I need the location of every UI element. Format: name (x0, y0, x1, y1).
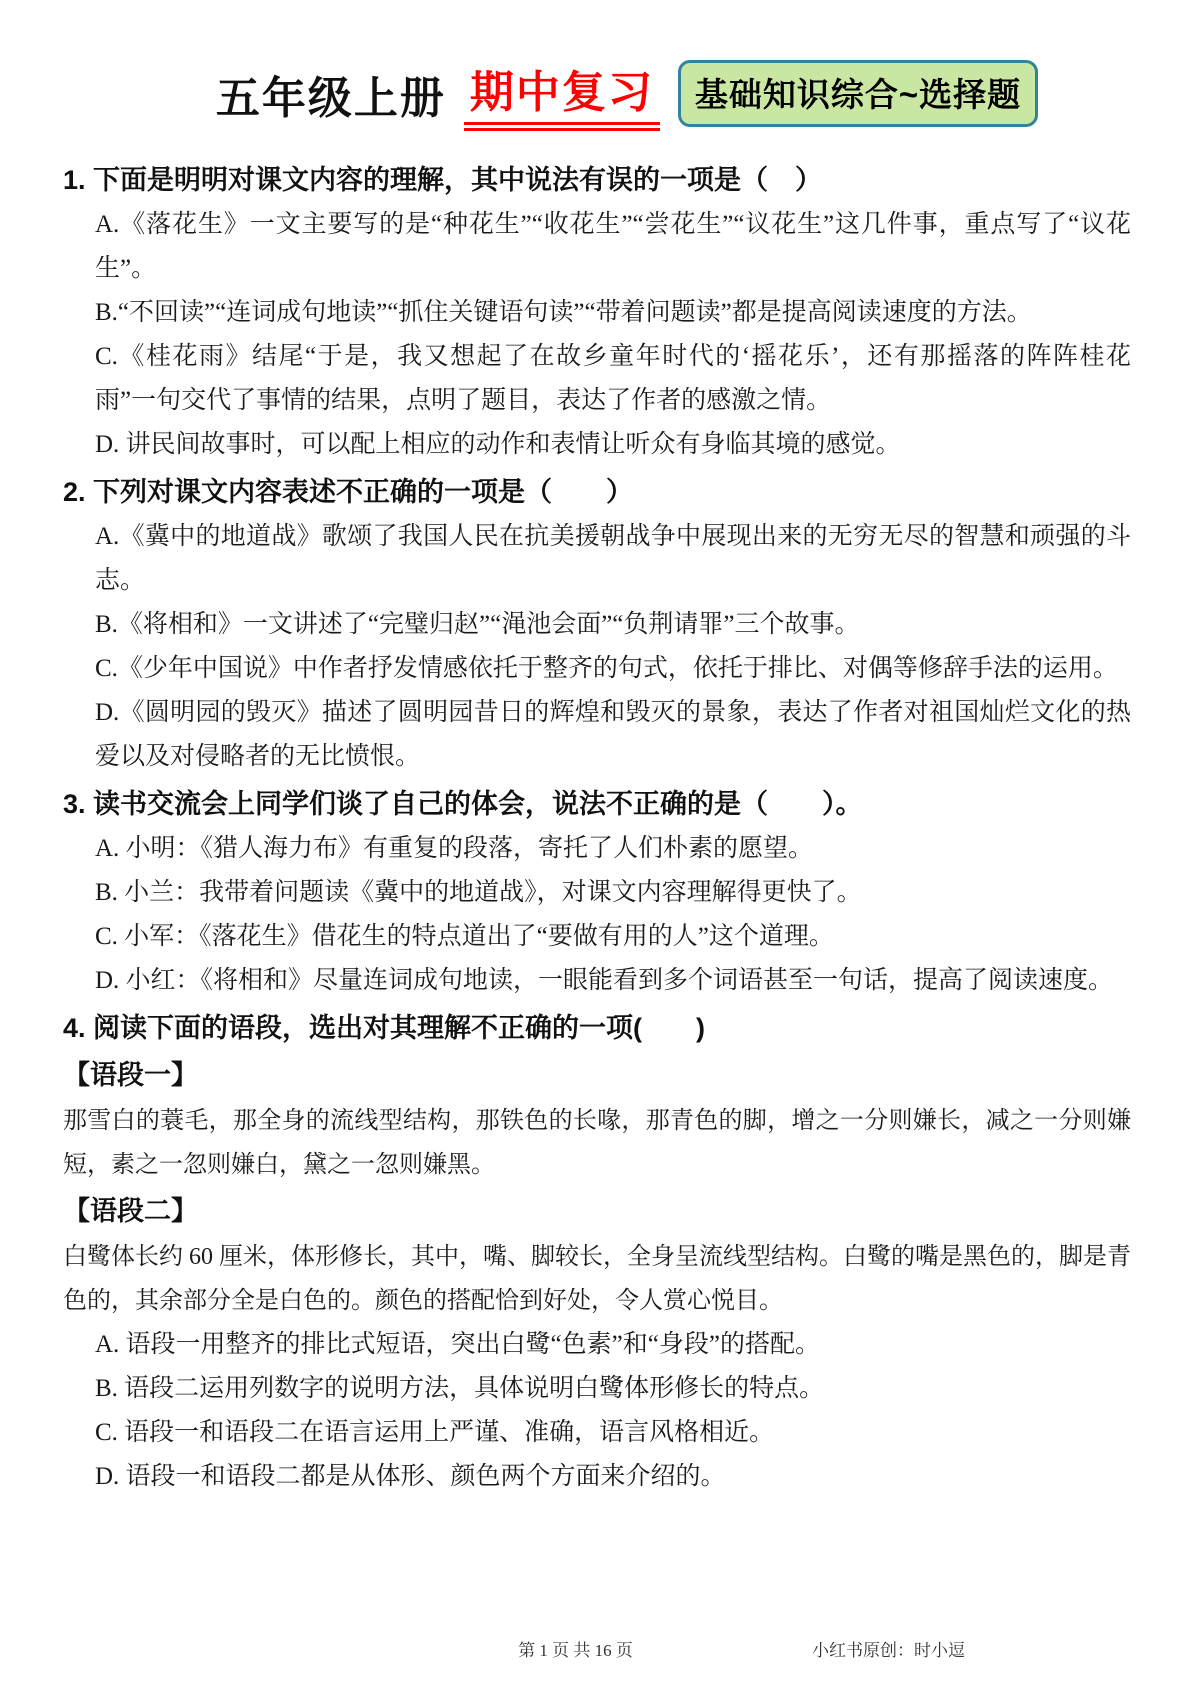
question-3: 3. 读书交流会上同学们谈了自己的体会，说法不正确的是（ ）。 A. 小明：《猎… (63, 781, 1131, 1003)
question-2-option-b: B.《将相和》一文讲述了“完璧归赵”“渑池会面”“负荆请罪”三个故事。 (63, 603, 1131, 647)
question-3-stem: 3. 读书交流会上同学们谈了自己的体会，说法不正确的是（ ）。 (63, 781, 1131, 827)
worksheet-page: 五年级上册 期中复习 基础知识综合~选择题 1. 下面是明明对课文内容的理解，其… (0, 0, 1191, 1684)
question-1-option-d: D. 讲民间故事时，可以配上相应的动作和表情让听众有身临其境的感觉。 (63, 423, 1131, 467)
question-4-option-b: B. 语段二运用列数字的说明方法，具体说明白鹭体形修长的特点。 (63, 1367, 1131, 1411)
question-2-option-a: A.《冀中的地道战》歌颂了我国人民在抗美援朝战争中展现出来的无穷无尽的智慧和顽强… (63, 515, 1131, 603)
title-grade-label: 五年级上册 (216, 62, 446, 126)
passage-2-text: 白鹭体长约 60 厘米，体形修长，其中，嘴、脚较长，全身呈流线型结构。白鹭的嘴是… (63, 1235, 1131, 1323)
author-credit: 小红书原创：时小逗 (812, 1636, 965, 1661)
question-1-option-a: A.《落花生》一文主要写的是“种花生”“收花生”“尝花生”“议花生”这几件事，重… (63, 203, 1131, 291)
question-1-stem: 1. 下面是明明对课文内容的理解，其中说法有误的一项是（ ） (63, 157, 1131, 203)
question-4-option-a: A. 语段一用整齐的排比式短语，突出白鹭“色素”和“身段”的搭配。 (63, 1323, 1131, 1367)
page-footer: 第 1 页 共 16 页 小红书原创：时小逗 (0, 1636, 1191, 1662)
page-number: 第 1 页 共 16 页 (0, 1636, 1171, 1661)
question-4-stem: 4. 阅读下面的语段，选出对其理解不正确的一项( ) (63, 1005, 1131, 1051)
question-4: 4. 阅读下面的语段，选出对其理解不正确的一项( ) 【语段一】 那雪白的蓑毛，… (63, 1005, 1131, 1499)
question-1: 1. 下面是明明对课文内容的理解，其中说法有误的一项是（ ） A.《落花生》一文… (63, 157, 1131, 467)
passage-2-label: 【语段二】 (63, 1187, 1131, 1235)
title-midterm-review-label: 期中复习 (464, 56, 660, 131)
question-2-option-d: D.《圆明园的毁灭》描述了圆明园昔日的辉煌和毁灭的景象，表达了作者对祖国灿烂文化… (63, 691, 1131, 779)
question-1-option-b: B.“不回读”“连词成句地读”“抓住关键语句读”“带着问题读”都是提高阅读速度的… (63, 291, 1131, 335)
question-2-stem: 2. 下列对课文内容表述不正确的一项是（ ） (63, 469, 1131, 515)
page-title: 五年级上册 期中复习 基础知识综合~选择题 (63, 56, 1131, 131)
question-3-option-c: C. 小军：《落花生》借花生的特点道出了“要做有用的人”这个道理。 (63, 915, 1131, 959)
question-1-option-c: C.《桂花雨》结尾“于是，我又想起了在故乡童年时代的‘摇花乐’，还有那摇落的阵阵… (63, 335, 1131, 423)
passage-1-label: 【语段一】 (63, 1051, 1131, 1099)
question-4-option-c: C. 语段一和语段二在语言运用上严谨、准确，语言风格相近。 (63, 1411, 1131, 1455)
question-3-option-a: A. 小明：《猎人海力布》有重复的段落，寄托了人们朴素的愿望。 (63, 827, 1131, 871)
passage-1-text: 那雪白的蓑毛，那全身的流线型结构，那铁色的长喙，那青色的脚，增之一分则嫌长，减之… (63, 1099, 1131, 1187)
question-2: 2. 下列对课文内容表述不正确的一项是（ ） A.《冀中的地道战》歌颂了我国人民… (63, 469, 1131, 779)
question-4-option-d: D. 语段一和语段二都是从体形、颜色两个方面来介绍的。 (63, 1455, 1131, 1499)
question-2-option-c: C.《少年中国说》中作者抒发情感依托于整齐的句式，依托于排比、对偶等修辞手法的运… (63, 647, 1131, 691)
question-3-option-d: D. 小红：《将相和》尽量连词成句地读，一眼能看到多个词语甚至一句话，提高了阅读… (63, 959, 1131, 1003)
topic-badge: 基础知识综合~选择题 (678, 60, 1038, 127)
question-3-option-b: B. 小兰：我带着问题读《冀中的地道战》，对课文内容理解得更快了。 (63, 871, 1131, 915)
